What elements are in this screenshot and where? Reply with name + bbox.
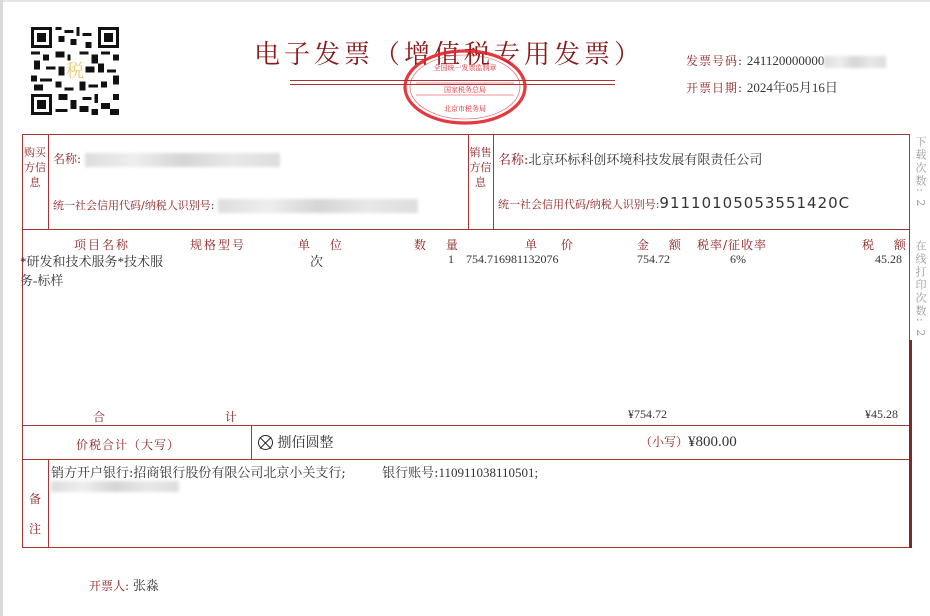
- item-rate: 6%: [730, 252, 746, 267]
- divider: [48, 134, 49, 230]
- issuer-label: 开票人:: [89, 579, 129, 593]
- issuer-value: 张淼: [133, 579, 159, 594]
- left-scroll-edge: [0, 0, 3, 616]
- item-price: 754.716981132076: [466, 252, 559, 267]
- circled-x-icon: [258, 435, 273, 450]
- invoice-number: 发票号码: 241120000000: [686, 52, 886, 69]
- buyer-section-label: 购买方信息: [22, 145, 48, 190]
- issuer: 开票人: 张淼: [89, 575, 159, 594]
- invoice-title: 电子发票（增值税专用发票）: [254, 34, 644, 71]
- buyer-tax-id-label: 统一社会信用代码/纳税人识别号:: [53, 199, 214, 212]
- remarks-section-label: 备注: [22, 484, 48, 544]
- divider: [48, 459, 49, 548]
- top-edge: [0, 0, 930, 2]
- col-header-rate: 税率/征收率: [697, 236, 767, 253]
- svg-text:国家税务总局: 国家税务总局: [444, 85, 486, 94]
- remarks-account-label: 银行账号:: [382, 466, 438, 481]
- qr-code-icon: 税: [30, 27, 120, 115]
- redacted-block: [85, 153, 280, 167]
- divider: [22, 425, 910, 426]
- redacted-block: [824, 56, 886, 68]
- remarks-account-value: 110911038110501;: [438, 465, 538, 480]
- grand-total-label: 价税合计（大写）: [76, 436, 180, 453]
- grand-total-uppercase: 捌佰圆整: [258, 432, 333, 452]
- col-header-spec: 规格型号: [190, 236, 246, 253]
- divider: [22, 459, 910, 460]
- svg-text:北京市税务局: 北京市税务局: [444, 104, 486, 113]
- seller-tax-id-label: 统一社会信用代码/纳税人识别号:: [498, 198, 659, 211]
- col-header-unit: 单 位: [298, 236, 350, 253]
- title-underline: [290, 80, 615, 81]
- remarks-line2: [51, 479, 179, 493]
- buyer-name-label: 名称:: [53, 152, 81, 166]
- seller-tax-id: 统一社会信用代码/纳税人识别号:91110105053551420C: [498, 194, 850, 212]
- redacted-block: [218, 199, 418, 213]
- invoice-number-label: 发票号码:: [686, 54, 743, 68]
- buyer-tax-id: 统一社会信用代码/纳税人识别号:: [53, 197, 418, 213]
- divider: [493, 134, 494, 230]
- col-header-qty: 数 量: [414, 236, 466, 253]
- total-label: 合 计: [93, 408, 295, 425]
- total-tax: ¥45.28: [865, 407, 898, 422]
- seller-tax-id-value: 91110105053551420C: [659, 194, 850, 212]
- seller-name: 名称:北京环标科创环境科技发展有限责任公司: [498, 149, 762, 168]
- item-name-line1: *研发和技术服务*技术服: [20, 251, 163, 270]
- seller-name-label: 名称:: [498, 153, 528, 168]
- title-underline-2: [290, 84, 615, 85]
- seller-section-label: 销售方信息: [468, 145, 493, 190]
- invoice-date: 开票日期: 2024年05月16日: [686, 77, 838, 96]
- print-count: 在线打印次数: 2: [912, 240, 928, 338]
- total-amount: ¥754.72: [628, 407, 667, 422]
- invoice-date-value: 2024年05月16日: [747, 80, 838, 95]
- divider: [251, 425, 252, 460]
- grand-total-uppercase-value: 捌佰圆整: [277, 435, 333, 451]
- col-header-amount: 金 额: [637, 236, 689, 253]
- seller-name-value: 北京环标科创环境科技发展有限责任公司: [528, 153, 762, 168]
- col-header-price: 单 价: [525, 236, 583, 253]
- col-header-tax: 税 额: [862, 236, 914, 253]
- redacted-block: [51, 481, 179, 492]
- item-amount: 754.72: [637, 252, 670, 267]
- item-name-line2: 务-标样: [20, 270, 63, 289]
- invoice-date-label: 开票日期:: [686, 81, 743, 95]
- invoice-number-value: 241120000000: [747, 53, 825, 68]
- download-count: 下载次数: 2: [912, 136, 928, 208]
- buyer-name: 名称:: [53, 150, 280, 167]
- item-unit: 次: [310, 251, 323, 270]
- divider: [22, 229, 910, 230]
- grand-total-small-value: ¥800.00: [688, 434, 737, 450]
- right-edge-bar: [909, 340, 912, 548]
- grand-total-small-label: （小写）: [640, 435, 688, 449]
- svg-text:税: 税: [66, 61, 84, 82]
- item-tax: 45.28: [875, 252, 902, 267]
- grand-total-small: （小写）¥800.00: [640, 433, 737, 451]
- item-qty: 1: [448, 252, 454, 267]
